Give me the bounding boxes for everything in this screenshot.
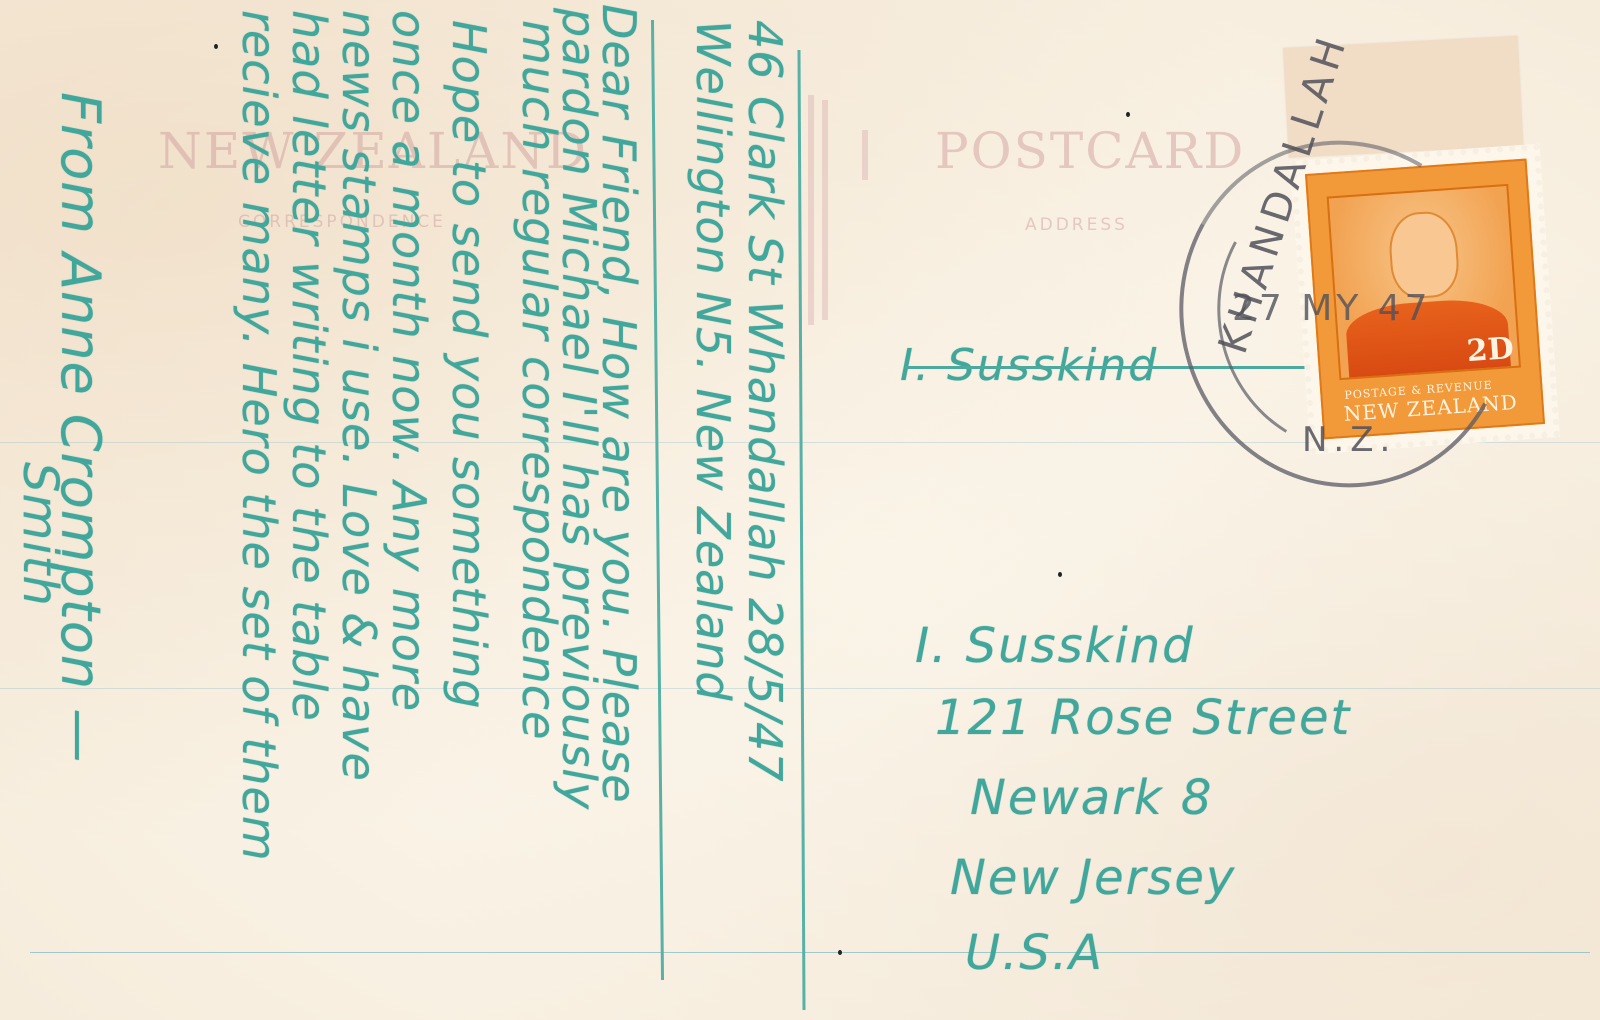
printed-divider [862, 130, 868, 180]
paper-speck [838, 950, 842, 955]
paper-speck [1126, 112, 1130, 117]
sender-address-line: Wellington N5. New Zealand [686, 20, 740, 702]
message-line: recieve many. Hero the set of them [232, 10, 286, 862]
ruled-line [30, 952, 1590, 953]
recipient-city: Newark 8 [970, 770, 1213, 826]
message-line: news stamps i use. Love & have [332, 10, 386, 782]
signature-line: From Anne Crompton — [49, 92, 112, 763]
postcard-back: NEW ZEALAND CORRESPONDENCE POSTCARD ADDR… [0, 0, 1600, 1020]
message-line: Hope to send you something [442, 20, 496, 710]
ink-divider-line [651, 20, 664, 980]
printed-address-label: ADDRESS [1025, 215, 1128, 235]
printed-divider [822, 100, 828, 320]
paper-speck [214, 44, 218, 49]
message-line: once a month now. Any more [382, 10, 436, 712]
ink-divider-line [797, 50, 805, 1010]
signature-line: Smith [12, 462, 68, 607]
message-line: had letter writing to the table [282, 10, 336, 722]
printed-postcard-heading: POSTCARD [935, 122, 1245, 180]
recipient-state: New Jersey [950, 850, 1236, 906]
message-line: much regular correspondence [512, 20, 566, 740]
postmark-country: N.Z. [1302, 420, 1396, 460]
postmark-date: 27 MY 47 [1232, 288, 1432, 329]
recipient-name: I. Susskind [915, 618, 1195, 674]
recipient-country: U.S.A [965, 925, 1104, 981]
printed-divider [808, 95, 814, 325]
paper-speck [1058, 572, 1062, 577]
recipient-street: 121 Rose Street [935, 690, 1351, 746]
sender-address-line: 46 Clark St Whandallah 28/5/47 [738, 20, 792, 783]
